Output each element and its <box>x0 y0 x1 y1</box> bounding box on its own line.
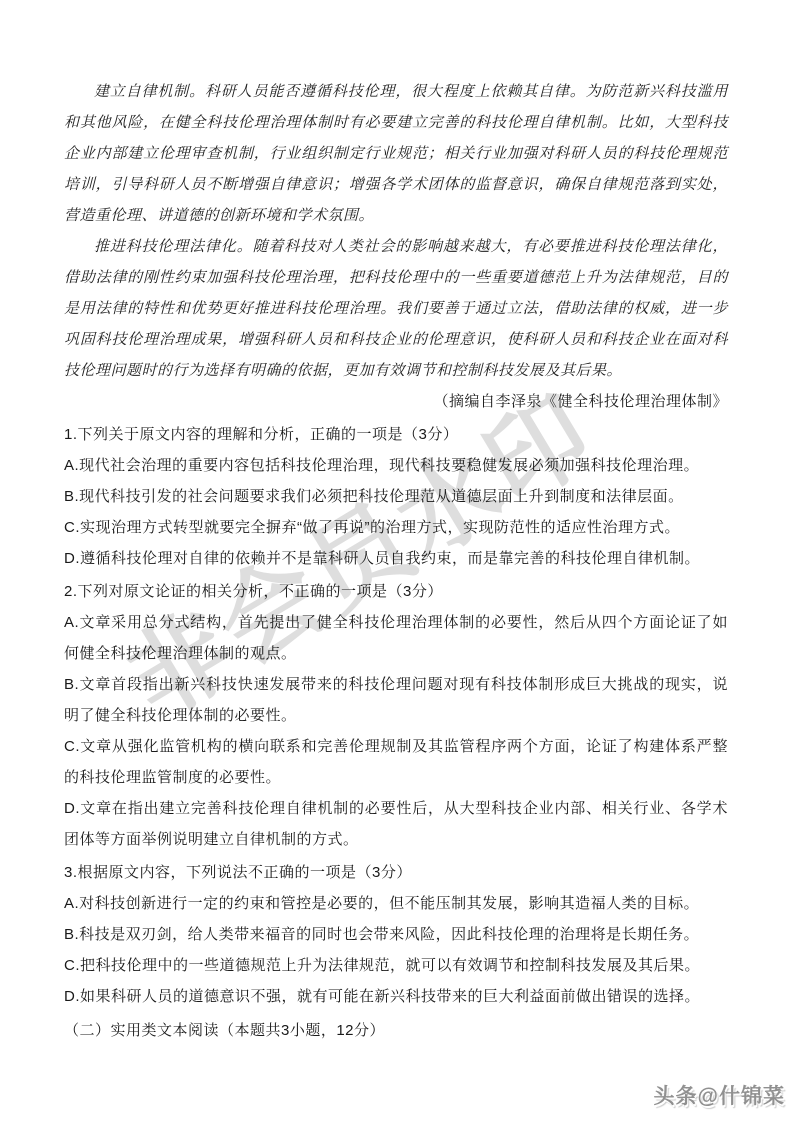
question-1: 1.下列关于原文内容的理解和分析，正确的一项是（3分） A.现代社会治理的重要内… <box>64 419 728 574</box>
question-2-option-a: A.文章采用总分式结构，首先提出了健全科技伦理治理体制的必要性，然后从四个方面论… <box>64 607 728 669</box>
question-2-option-c: C.文章从强化监管机构的横向联系和完善伦理规制及其监管程序两个方面，论证了构建体… <box>64 731 728 793</box>
question-3-option-a: A.对科技创新进行一定的约束和管控是必要的，但不能压制其发展，影响其造福人类的目… <box>64 888 728 919</box>
footer-credit-toutiao: 头条@什锦菜 <box>654 1080 785 1110</box>
question-1-stem: 1.下列关于原文内容的理解和分析，正确的一项是（3分） <box>64 419 728 450</box>
question-3-option-b: B.科技是双刃剑，给人类带来福音的同时也会带来风险，因此科技伦理的治理将是长期任… <box>64 919 728 950</box>
question-1-option-c: C.实现治理方式转型就要完全摒弃“做了再说”的治理方式，实现防范性的适应性治理方… <box>64 512 728 543</box>
question-2-option-b: B.文章首段指出新兴科技快速发展带来的科技伦理问题对现有科技体制形成巨大挑战的现… <box>64 669 728 731</box>
question-2-option-d: D.文章在指出建立完善科技伦理自律机制的必要性后，从大型科技企业内部、相关行业、… <box>64 793 728 855</box>
question-3-option-d: D.如果科研人员的道德意识不强，就有可能在新兴科技带来的巨大利益面前做出错误的选… <box>64 981 728 1012</box>
question-3-stem: 3.根据原文内容，下列说法不正确的一项是（3分） <box>64 857 728 888</box>
passage-attribution: （摘编自李泽泉《健全科技伦理治理体制》 <box>64 386 728 417</box>
question-1-option-d: D.遵循科技伦理对自律的依赖并不是靠科研人员自我约束，而是靠完善的科技伦理自律机… <box>64 543 728 574</box>
passage-paragraph-self-discipline: 建立自律机制。科研人员能否遵循科技伦理，很大程度上依赖其自律。为防范新兴科技滥用… <box>64 76 728 231</box>
passage-paragraph-legalization: 推进科技伦理法律化。随着科技对人类社会的影响越来越大，有必要推进科技伦理法律化，… <box>64 231 728 386</box>
document-content: 建立自律机制。科研人员能否遵循科技伦理，很大程度上依赖其自律。为防范新兴科技滥用… <box>64 76 728 1046</box>
question-2: 2.下列对原文论证的相关分析，不正确的一项是（3分） A.文章采用总分式结构，首… <box>64 576 728 855</box>
question-2-stem: 2.下列对原文论证的相关分析，不正确的一项是（3分） <box>64 576 728 607</box>
exam-document-page: 非会员水印 建立自律机制。科研人员能否遵循科技伦理，很大程度上依赖其自律。为防范… <box>0 0 793 1122</box>
question-3: 3.根据原文内容，下列说法不正确的一项是（3分） A.对科技创新进行一定的约束和… <box>64 857 728 1012</box>
question-1-option-b: B.现代科技引发的社会问题要求我们必须把科技伦理范从道德层面上升到制度和法律层面… <box>64 481 728 512</box>
section-heading-practical-reading: （二）实用类文本阅读（本题共3小题，12分） <box>64 1015 728 1046</box>
question-1-option-a: A.现代社会治理的重要内容包括科技伦理治理，现代科技要稳健发展必须加强科技伦理治… <box>64 450 728 481</box>
question-3-option-c: C.把科技伦理中的一些道德规范上升为法律规范，就可以有效调节和控制科技发展及其后… <box>64 950 728 981</box>
